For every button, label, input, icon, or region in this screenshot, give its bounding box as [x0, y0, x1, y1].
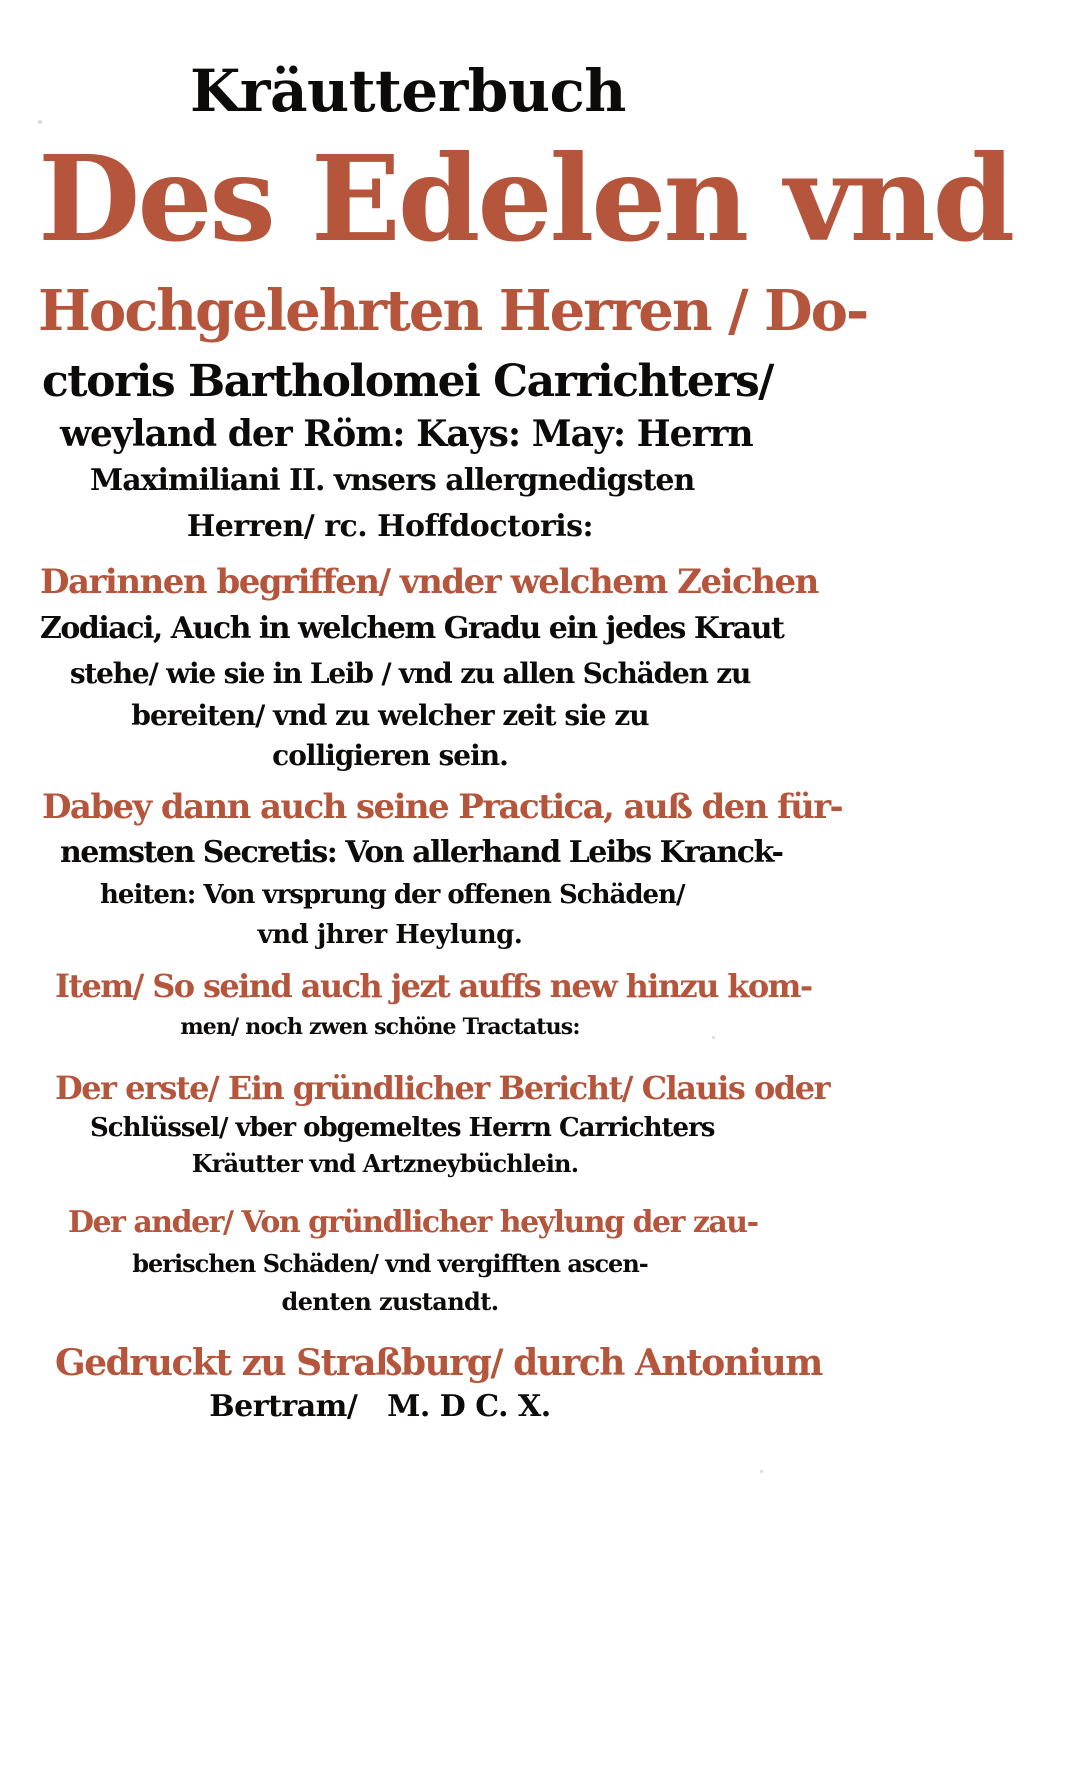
text-line-heiten: heiten: Von vrsprung der offenen Schäden…: [100, 882, 680, 908]
text-line-heylung: vnd jhrer Heylung.: [220, 922, 560, 948]
heading-line-1: Des Edelen vnd: [38, 140, 788, 258]
text-line-6: Herren/ rc. Hoffdoctoris:: [180, 512, 600, 542]
text-line-stehe: stehe/ wie sie in Leib / vnd zu allen Sc…: [40, 660, 780, 688]
scan-speck: [712, 1036, 715, 1039]
text-line-zodiaci: Zodiaci, Auch in welchem Gradu ein jedes…: [40, 614, 780, 644]
text-line-4: weyland der Röm: Kays: May: Herrn: [60, 416, 740, 452]
title-page: Kräutterbuch Des Edelen vnd Hochgelehrte…: [0, 0, 1076, 1772]
section-dabey: Dabey dann auch seine Practica, auß den …: [42, 790, 782, 824]
text-line-3: ctoris Bartholomei Carrichters/: [42, 360, 762, 404]
text-line-berischen: berischen Schäden/ vnd vergifften ascen-: [110, 1252, 670, 1276]
section-der-ander: Der ander/ Von gründlicher heylung der z…: [68, 1208, 768, 1238]
scan-speck: [38, 120, 42, 124]
heading-line-2: Hochgelehrten Herren / Do-: [38, 283, 778, 339]
text-line-zustandt: denten zustandt.: [240, 1290, 540, 1314]
imprint-date: Bertram/ M. D C. X.: [150, 1392, 610, 1422]
scan-speck: [62, 855, 65, 858]
section-der-erste: Der erste/ Ein gründlicher Bericht/ Clau…: [55, 1072, 755, 1104]
book-title: Kräutterbuch: [190, 62, 590, 120]
text-line-artzneybuechlein: Kräutter vnd Artzneybüchlein.: [170, 1152, 600, 1176]
scan-speck: [760, 1470, 763, 1473]
text-line-colligieren: colligieren sein.: [240, 742, 540, 770]
section-item: Item/ So seind auch jezt auffs new hinzu…: [55, 970, 755, 1002]
text-line-5: Maximiliani II. vnsers allergnedigsten: [90, 466, 690, 496]
section-darinnen: Darinnen begriffen/ vnder welchem Zeiche…: [40, 565, 780, 599]
imprint-line: Gedruckt zu Straßburg/ durch Antonium: [55, 1345, 755, 1381]
text-line-schluessel: Schlüssel/ vber obgemeltes Herrn Carrich…: [90, 1115, 690, 1141]
text-line-tractatus: men/ noch zwen schöne Tractatus:: [140, 1016, 620, 1038]
text-line-nemsten: nemsten Secretis: Von allerhand Leibs Kr…: [60, 838, 760, 868]
text-line-bereiten: bereiten/ vnd zu welcher zeit sie zu: [100, 702, 680, 730]
